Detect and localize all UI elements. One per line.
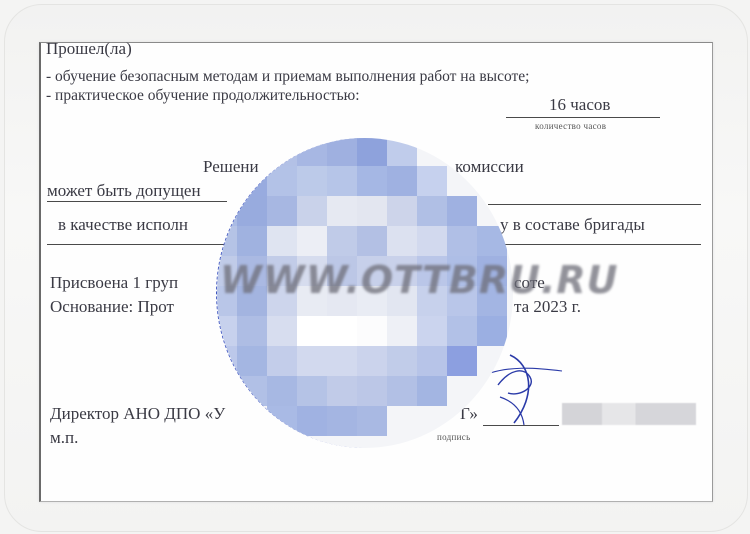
redaction-tile <box>327 406 357 436</box>
redaction-tile <box>357 346 387 376</box>
redaction-tile <box>327 436 357 448</box>
redaction-tile <box>216 196 237 226</box>
training-item-safe-methods: - обучение безопасным методам и приемам … <box>46 68 529 86</box>
redaction-tile <box>387 138 417 166</box>
redaction-tile <box>237 436 267 448</box>
redaction-tile <box>417 406 447 436</box>
redaction-tile <box>387 376 417 406</box>
redaction-tile <box>237 226 267 256</box>
redaction-tile <box>216 376 237 406</box>
redaction-tile <box>387 406 417 436</box>
redaction-tile <box>387 436 417 448</box>
redaction-tile <box>216 406 237 436</box>
redaction-tile <box>267 166 297 196</box>
redaction-tile <box>267 316 297 346</box>
redaction-tile <box>297 226 327 256</box>
redaction-tile <box>297 346 327 376</box>
redaction-tile <box>267 436 297 448</box>
group-text-left: Присвоена 1 груп <box>50 273 178 293</box>
redaction-tile <box>267 138 297 166</box>
admitted-underline-right <box>488 204 701 205</box>
redaction-tile <box>237 166 267 196</box>
role-text-left: в качестве исполн <box>58 215 188 235</box>
redaction-tile <box>237 316 267 346</box>
redaction-tile <box>357 138 387 166</box>
redaction-tile <box>387 346 417 376</box>
redaction-tile <box>216 226 237 256</box>
admitted-text: может быть допущен <box>47 181 201 201</box>
watermark: WWW.OTTBRU.RU <box>220 258 619 302</box>
redaction-tile <box>447 196 477 226</box>
redaction-tile <box>477 316 507 346</box>
redaction-tile <box>327 376 357 406</box>
redaction-tile <box>327 226 357 256</box>
heading-passed: Прошел(ла) <box>46 39 132 59</box>
redaction-tile <box>327 196 357 226</box>
redacted-director-name <box>562 403 696 425</box>
redaction-tile <box>297 406 327 436</box>
redaction-tile <box>417 138 447 166</box>
redaction-tile <box>357 406 387 436</box>
redaction-tile <box>297 376 327 406</box>
training-item-practical: - практическое обучение продолжительност… <box>46 87 360 105</box>
redaction-tile <box>477 226 507 256</box>
admitted-underline-left <box>47 201 227 202</box>
redaction-tile <box>447 316 477 346</box>
redaction-tile <box>477 436 507 448</box>
stamp-place-label: м.п. <box>50 428 78 448</box>
redaction-tile <box>357 316 387 346</box>
redaction-tile <box>327 346 357 376</box>
redaction-tile <box>297 138 327 166</box>
redaction-tile <box>297 166 327 196</box>
redaction-tile <box>267 196 297 226</box>
redaction-tile <box>237 406 267 436</box>
redaction-tile <box>447 166 477 196</box>
redaction-tile <box>477 138 507 166</box>
redaction-tile <box>267 376 297 406</box>
redaction-tile <box>477 346 507 376</box>
redaction-tile <box>216 166 237 196</box>
redaction-tile <box>417 346 447 376</box>
hours-caption: количество часов <box>535 121 606 131</box>
redaction-tile <box>417 436 447 448</box>
redaction-tile <box>417 166 447 196</box>
redaction-tile <box>216 436 237 448</box>
redaction-tile <box>387 196 417 226</box>
redaction-tile <box>357 166 387 196</box>
redaction-tile <box>447 226 477 256</box>
redaction-tile <box>357 436 387 448</box>
redaction-tile <box>387 316 417 346</box>
redaction-tile <box>297 316 327 346</box>
redaction-tile <box>507 316 513 346</box>
redaction-tile <box>267 406 297 436</box>
director-text-left: Директор АНО ДПО «У <box>50 404 225 424</box>
redaction-tile <box>357 226 387 256</box>
redaction-tile <box>477 166 507 196</box>
redaction-tile <box>507 376 513 406</box>
redaction-tile <box>417 316 447 346</box>
redaction-tile <box>507 346 513 376</box>
redaction-tile <box>297 436 327 448</box>
redaction-tile <box>417 376 447 406</box>
redaction-tile <box>216 138 237 166</box>
redaction-tile <box>447 346 477 376</box>
redaction-tile <box>477 406 507 436</box>
redaction-tile <box>477 196 507 226</box>
redaction-tile <box>327 138 357 166</box>
redaction-tile <box>387 166 417 196</box>
redaction-tile <box>507 138 513 166</box>
role-underline-right <box>488 244 701 245</box>
redaction-tile <box>447 138 477 166</box>
basis-text-left: Основание: Прот <box>50 297 174 317</box>
redaction-tile <box>216 316 237 346</box>
redaction-tile <box>507 166 513 196</box>
redaction-tile <box>417 196 447 226</box>
redaction-tile <box>447 436 477 448</box>
redaction-tile <box>327 316 357 346</box>
redaction-tile <box>237 376 267 406</box>
redaction-tile <box>327 166 357 196</box>
redaction-tile <box>237 196 267 226</box>
redaction-tile <box>267 226 297 256</box>
redaction-tile <box>507 436 513 448</box>
redaction-tile <box>507 406 513 436</box>
redaction-tile <box>507 196 513 226</box>
hours-value: 16 часов <box>549 95 610 115</box>
role-underline-left <box>47 244 227 245</box>
redaction-tile <box>357 196 387 226</box>
redaction-tile <box>447 376 477 406</box>
redaction-tile <box>387 226 417 256</box>
redaction-tile <box>297 196 327 226</box>
redaction-tile <box>507 226 513 256</box>
redaction-tile <box>216 346 237 376</box>
hours-underline <box>506 117 660 118</box>
redaction-tile <box>267 346 297 376</box>
role-text-right: у в составе бригады <box>500 215 645 235</box>
redaction-tile <box>477 376 507 406</box>
redaction-tile <box>357 376 387 406</box>
redaction-tile <box>417 226 447 256</box>
redaction-tile <box>447 406 477 436</box>
redaction-tile <box>237 346 267 376</box>
redaction-tile <box>237 138 267 166</box>
